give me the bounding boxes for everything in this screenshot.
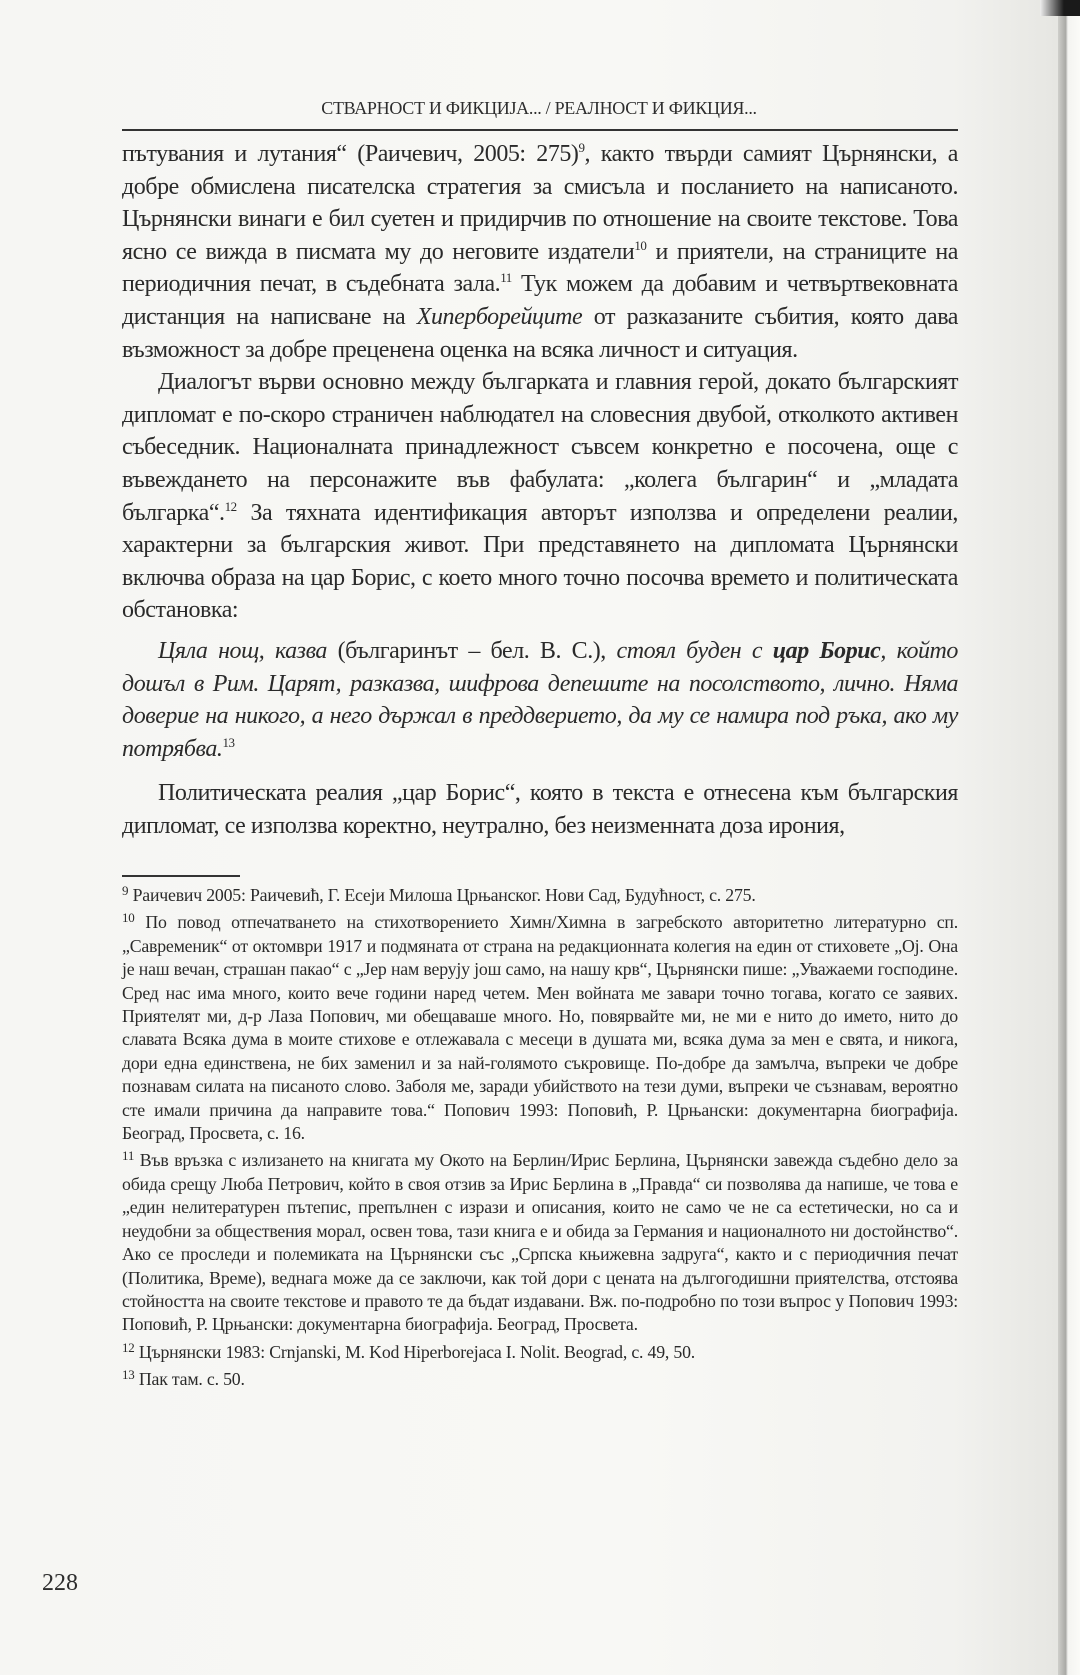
book-spine-edge bbox=[1058, 0, 1080, 1675]
running-head: СТВАРНОСТ И ФИКЦИЈА... / РЕАЛНОСТ И ФИКЦ… bbox=[120, 98, 958, 119]
footnote-10: 10 По повод отпечатването на стихотворен… bbox=[122, 911, 958, 1145]
footnote-ref-10[interactable]: 10 bbox=[634, 238, 646, 253]
main-text: пътувания и лутания“ (Раичевич, 2005: 27… bbox=[122, 138, 958, 842]
page-number: 228 bbox=[42, 1570, 78, 1597]
footnote-ref-13[interactable]: 13 bbox=[222, 735, 234, 750]
book-page: СТВАРНОСТ И ФИКЦИЈА... / РЕАЛНОСТ И ФИКЦ… bbox=[0, 0, 1058, 1675]
header-rule bbox=[122, 129, 958, 131]
footnote-ref-12[interactable]: 12 bbox=[225, 499, 237, 514]
footnote-11: 11 Във връзка с излизането на книгата му… bbox=[122, 1149, 958, 1336]
footnote-13: 13 Пак там. с. 50. bbox=[122, 1368, 958, 1391]
footnote-9: 9 Раичевич 2005: Раичевић, Г. Есеји Мило… bbox=[122, 884, 958, 907]
footnotes: 9 Раичевич 2005: Раичевић, Г. Есеји Мило… bbox=[122, 884, 958, 1396]
footnote-separator bbox=[122, 875, 240, 877]
emphasis-tsar-boris: цар Борис bbox=[773, 638, 881, 664]
paragraph-3: Политическата реалия „цар Борис“, която … bbox=[122, 777, 958, 842]
book-title: Хиперборейците bbox=[417, 304, 582, 330]
footnote-ref-11[interactable]: 11 bbox=[500, 270, 512, 285]
paragraph-1: пътувания и лутания“ (Раичевич, 2005: 27… bbox=[122, 138, 958, 366]
scan-corner-shadow bbox=[1040, 0, 1080, 16]
paragraph-2: Диалогът върви основно между българката … bbox=[122, 366, 958, 627]
block-quote: Цяла нощ, казва (българинът – бел. В. С.… bbox=[122, 635, 958, 765]
footnote-12: 12 Църнянски 1983: Crnjanski, M. Kod Hip… bbox=[122, 1341, 958, 1364]
